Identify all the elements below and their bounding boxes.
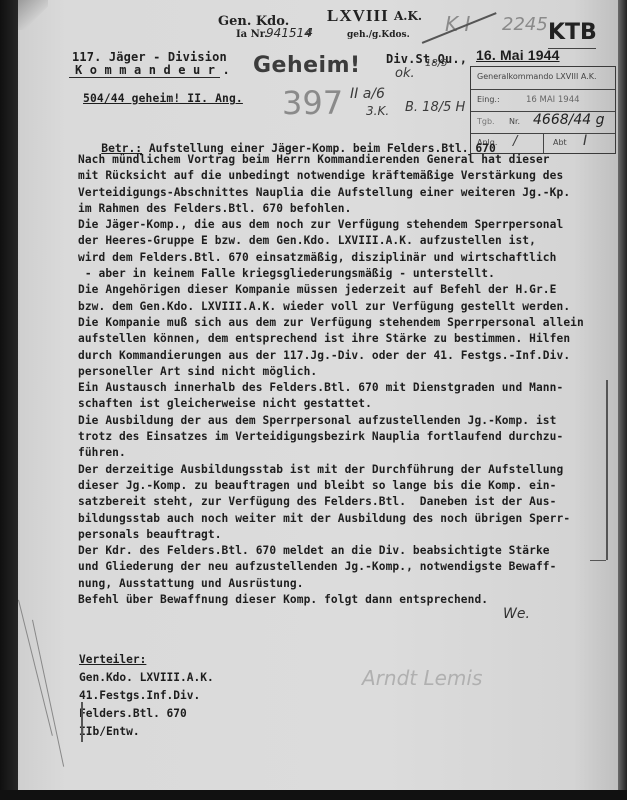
- ktb-tag: KTB: [548, 20, 597, 45]
- handwritten-initials-date: B. 18/5 H: [405, 100, 465, 115]
- margin-mark: [81, 702, 83, 742]
- distribution-recipient: Gen.Kdo. LXVIII.A.K.: [79, 669, 214, 687]
- stamp-received-label: Eing.:: [477, 95, 500, 104]
- distribution-list: Verteiler: Gen.Kdo. LXVIII.A.K. 41.Festg…: [79, 651, 214, 741]
- body-line: Verteidigungs-Abschnittes Nauplia die Au…: [78, 185, 584, 201]
- body-line: dieser Jg.-Komp. zu beauftragen und blei…: [78, 478, 584, 494]
- document-date: 16. Mai 1944: [476, 47, 560, 63]
- subject-line: Betr.: Aufstellung einer Jäger-Komp. bei…: [82, 118, 496, 156]
- handwritten-routing: II a/6: [350, 86, 385, 102]
- body-line: personals beauftragt.: [78, 527, 584, 543]
- handwritten-company: 3.K.: [366, 104, 389, 118]
- distribution-recipient: IIb/Entw.: [79, 723, 214, 741]
- body-line: aufstellen können, dem entsprechend ist …: [78, 331, 584, 347]
- body-line: Die Ausbildung der aus dem Sperrpersonal…: [78, 413, 584, 429]
- ia-nr-label: Ia Nr.: [236, 29, 268, 40]
- body-text: Nach mündlichem Vortrag beim Herrn Komma…: [78, 152, 584, 608]
- corps-suffix: A.K.: [394, 9, 422, 23]
- faint-signature: Arndt Lemis: [362, 666, 482, 690]
- reference-number: 504/44 geheim! II. Ang.: [83, 92, 243, 105]
- stamp-attachments-value: /: [513, 134, 517, 149]
- body-line: satzbereit steht, zur Verfügung des Feld…: [78, 494, 584, 510]
- ia-nr-suffix: 4: [306, 26, 313, 39]
- classification-small: geh./g.Kdos.: [347, 30, 410, 40]
- distribution-label: Verteiler:: [79, 651, 214, 669]
- stamp-department-value: I: [583, 133, 587, 149]
- folded-corner: [18, 0, 48, 30]
- body-line: bildungsstab auch noch weiter mit der Au…: [78, 511, 584, 527]
- stamp-department-label: Abt: [553, 138, 567, 147]
- body-line: Die Angehörigen dieser Kompanie müssen j…: [78, 282, 584, 298]
- distribution-recipient: Felders.Btl. 670: [79, 705, 214, 723]
- body-line: und Gliederung der neu aufzustellenden J…: [78, 559, 584, 575]
- stamp-divider: [543, 133, 544, 153]
- margin-bracket-line: [606, 380, 608, 560]
- body-line: Die Kompanie muß sich aus dem zur Verfüg…: [78, 315, 584, 331]
- body-line: im Rahmen des Felders.Btl. 670 befohlen.: [78, 201, 584, 217]
- margin-tick: [590, 560, 606, 561]
- body-line: wird dem Felders.Btl. 670 einsatzmäßig, …: [78, 250, 584, 266]
- ia-nr-value: 941514: [266, 26, 312, 40]
- scan-right-border: [618, 0, 627, 800]
- body-line: Nach mündlichem Vortrag beim Herrn Komma…: [78, 152, 584, 168]
- division-commander: K o m m a n d e u r .: [75, 63, 230, 77]
- stamp-title: Generalkommando LXVIII A.K.: [477, 72, 597, 81]
- corps-number: LXVIII: [327, 6, 389, 26]
- stamp-number-label: Nr.: [509, 117, 520, 126]
- body-line: bzw. dem Gen.Kdo. LXVIII.A.K. wieder vol…: [78, 299, 584, 315]
- body-line: Die Jäger-Komp., die aus dem noch zur Ve…: [78, 217, 584, 233]
- body-line: Der Kdr. des Felders.Btl. 670 meldet an …: [78, 543, 584, 559]
- body-line: durch Kommandierungen aus der 117.Jg.-Di…: [78, 348, 584, 364]
- body-line: personeller Art sind nicht möglich.: [78, 364, 584, 380]
- distribution-recipient: 41.Festgs.Inf.Div.: [79, 687, 214, 705]
- scan-left-border: [0, 0, 20, 800]
- division-underline: [69, 77, 220, 78]
- register-number: 2245: [502, 14, 548, 35]
- handwritten-initials: We.: [503, 606, 530, 622]
- body-line: schaften ist gleicherweise nicht gestatt…: [78, 396, 584, 412]
- scan-bottom-border: [0, 790, 627, 800]
- division-name: 117. Jäger - Division: [72, 50, 227, 64]
- pencil-register-number: 397: [282, 84, 343, 122]
- body-line: nung, Ausstattung und Ausrüstung.: [78, 576, 584, 592]
- body-line: der Heeres-Gruppe E bzw. dem Gen.Kdo. LX…: [78, 233, 584, 249]
- body-line: führen.: [78, 445, 584, 461]
- body-line: - aber in keinem Falle kriegsgliederungs…: [78, 266, 584, 282]
- body-line: mit Rücksicht auf die unbedingt notwendi…: [78, 168, 584, 184]
- handwritten-ok: ok.: [395, 66, 415, 81]
- body-line: Der derzeitige Ausbildungsstab ist mit d…: [78, 462, 584, 478]
- secret-stamp: Geheim!: [253, 53, 361, 78]
- stamp-number-value: 4668/44 g: [533, 112, 605, 128]
- stamp-received-date: 16 MAI 1944: [526, 95, 580, 105]
- body-line: Ein Austausch innerhalb des Felders.Btl.…: [78, 380, 584, 396]
- handwritten-date-small: 18/5: [425, 58, 447, 69]
- body-line: trotz des Einsatzes im Verteidigungsbezi…: [78, 429, 584, 445]
